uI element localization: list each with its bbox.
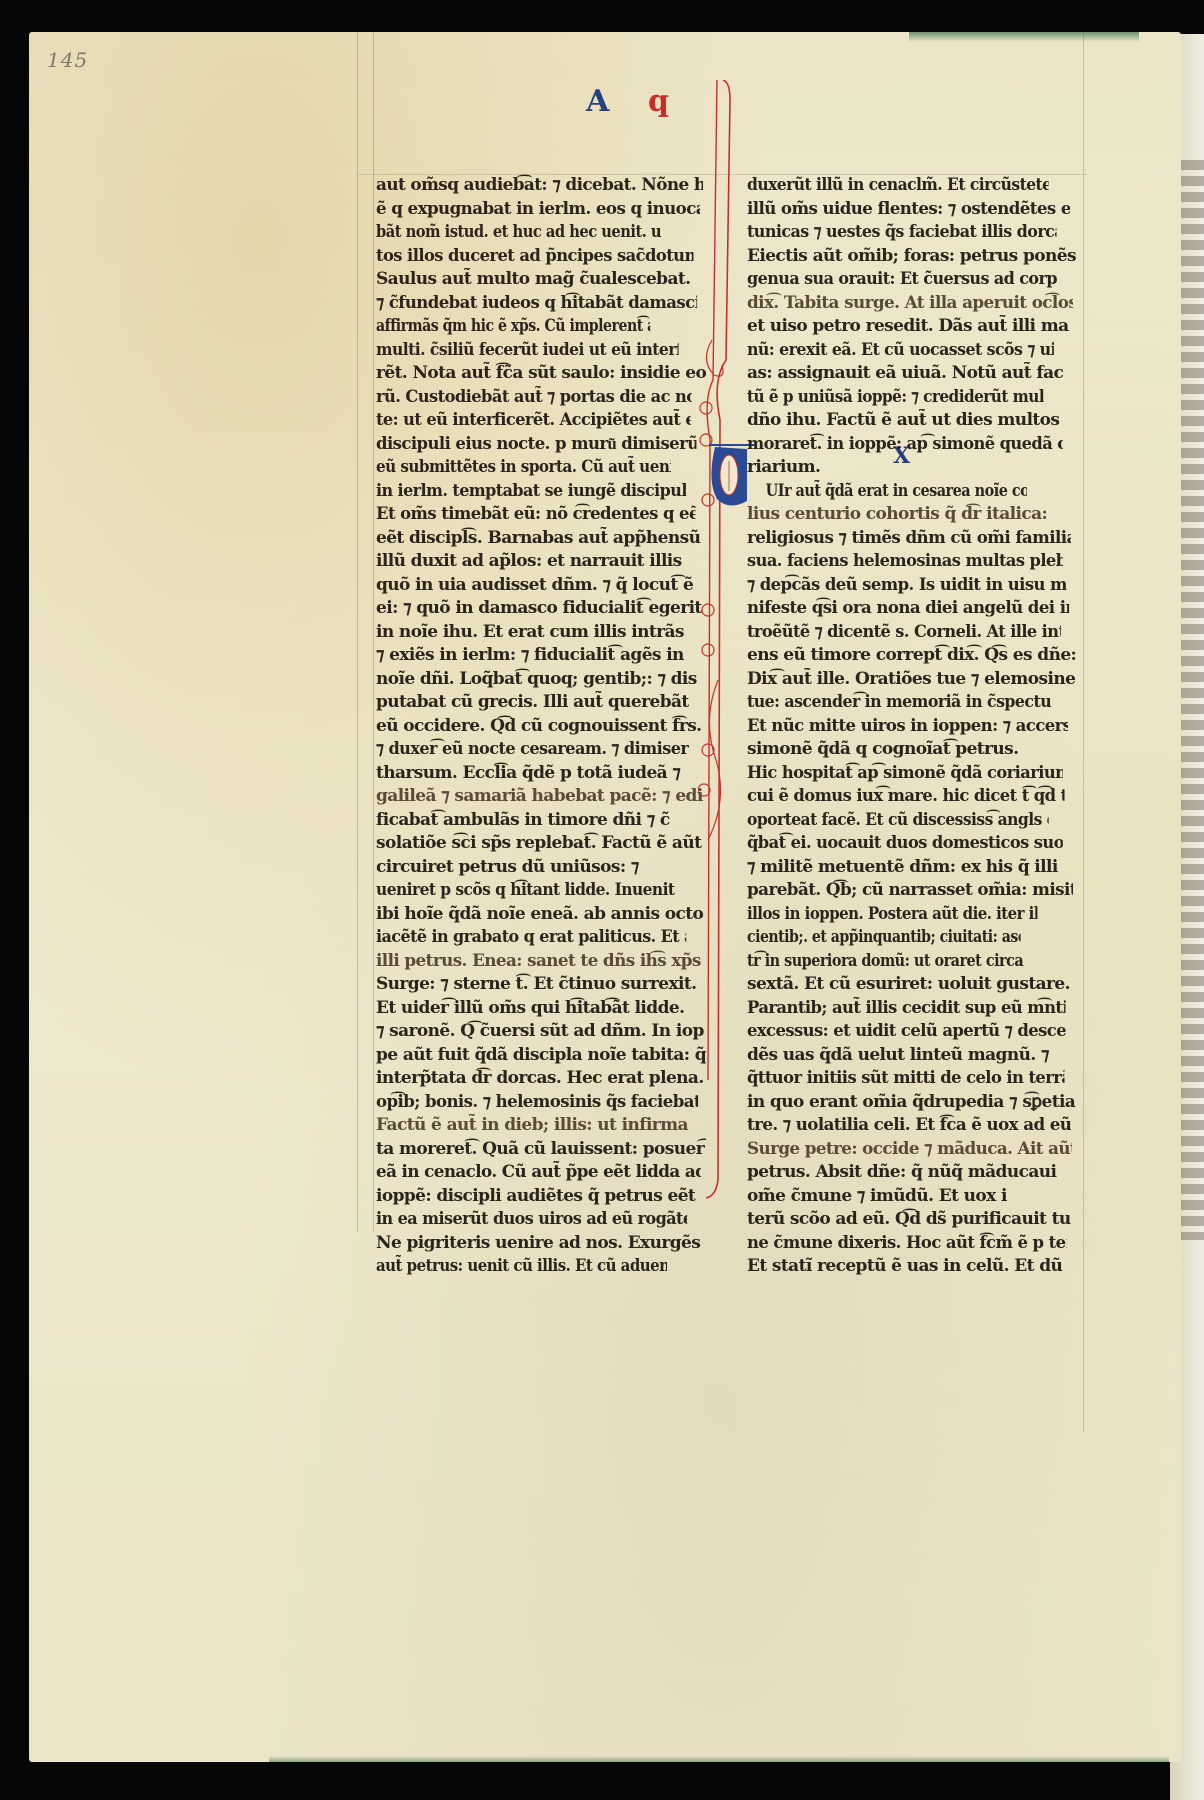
text-line: op͡ib; bonis. ⁊ helemosinis q̃s faciebat… (376, 1091, 698, 1115)
text-line: Et uider͡ illũ om̃s qui h͡itab͡ãt lidde. (376, 997, 706, 1021)
text-line: ueniret p scõs q h͡itant lidde. Inuenit … (376, 879, 676, 903)
text-line: ⁊ c̃fundebat iudeos q h͡itabãt damasci: (376, 292, 697, 316)
text-line: tr͡ in superiora domũ: ut oraret circa h… (747, 950, 1026, 974)
text-line: eã in cenaclo. Cũ aut̃ p̃pe eẽt lidda ad (376, 1161, 701, 1185)
text-line: rũ. Custodiebãt aut̃ ⁊ portas die ac noc (376, 386, 692, 410)
text-line: eũ occidere. Q͡d cũ cognouissent f͡rs. (376, 715, 706, 739)
text-line: oporteat facẽ. Et cũ discessiss͡ angls q… (747, 809, 1049, 833)
text-line: illos in ioppen. Postera aũt die. iter i… (747, 903, 1037, 927)
text-line: putabat cũ grecis. Illi aut̃ querebãt (376, 691, 706, 715)
text-line: sua. faciens helemosinas multas plebi. (747, 550, 1063, 574)
text-line: Eiectis aũt om̃ib; foras: petrus ponẽs (747, 245, 1077, 269)
text-line: ens eũ timore corrept͡ dix͡. Q͡s es dñe: (747, 644, 1077, 668)
text-line: ⁊ exiẽs in ierlm: ⁊ fiducialit͡ agẽs in (376, 644, 706, 668)
text-line: UIr aut̃ q̃dã erat in cesarea noĩe corne (747, 480, 1027, 504)
ruling-line-left-outer (357, 32, 358, 1232)
text-line: ioppẽ: discipli audiẽtes q̃ petrus eẽt (376, 1185, 706, 1209)
text-line: illũ om̃s uidue flentes: ⁊ ostendẽtes ei (747, 198, 1070, 222)
text-line: tos illos duceret ad p̃ncipes sac̃dotum. (376, 245, 693, 269)
text-line: Saulus aut̃ multo mag̃ c̃ualescebat. (376, 268, 706, 292)
text-line: cui ẽ domus iux͡ mare. hic dicet t͡ q͡d … (747, 785, 1064, 809)
text-line: in ierlm. temptabat se iungẽ discipulis. (376, 480, 686, 504)
text-line: cientib;. et app̃inquantib; ciuitati: as… (747, 926, 1021, 950)
text-line: noĩe dñi. Loq̃bat͡ quoq; gentib;: ⁊ dis (376, 668, 706, 692)
text-line: illũ duxit ad ap̃los: et narrauit illis (376, 550, 706, 574)
text-line: discipuli eius nocte. p muru͂ dimiserũt (376, 433, 696, 457)
text-line: ⁊ duxer͡ eũ nocte cesaream. ⁊ dimiserũt (376, 738, 689, 762)
text-line: Hic hospitat͡ ap͡ simonẽ q̃dã coriarium. (747, 762, 1063, 786)
text-line: pe aũt fuit q̃dã discipla noĩe tabita: q… (376, 1044, 706, 1068)
text-line: nifeste q͡si ora nona diei angelũ dei in (747, 597, 1069, 621)
text-line: terũ scõo ad eũ. Q͡d ds̃ purificauit tu (747, 1208, 1077, 1232)
running-head-blue-letter: A (586, 84, 609, 119)
text-line: multi. c̃siliũ fecerũt iudei ut eũ inter… (376, 339, 679, 363)
text-line: bãt nom̃ istud. et huc ad hec uenit. ut … (376, 221, 661, 245)
text-line: rẽt. Nota aut̃ f͡c̃a sũt saulo: insidie … (376, 362, 706, 386)
text-line: interp̃tata d͡r dorcas. Hec erat plena. (376, 1067, 706, 1091)
text-line: ⁊ dep͡cãs deũ semp. Is uidit in uisu ma (747, 574, 1066, 598)
text-line: Factũ ẽ aut̃ in dieb; illis: ut infirma (376, 1114, 706, 1138)
text-line: Surge: ⁊ sterne t͡. Et c̃tinuo surrexit. (376, 973, 706, 997)
text-line: quõ in uia audisset dñm. ⁊ q̃ locut͡ ẽ (376, 574, 706, 598)
text-line: solatiõe s͡ci sp̃s replebat͡. Factũ ẽ aũ… (376, 832, 706, 856)
text-line: q̃bat͡ ei. uocauit duos domesticos suos. (747, 832, 1063, 856)
text-line: galileã ⁊ samariã habebat pacẽ: ⁊ edi (376, 785, 706, 809)
green-stain-bottom (269, 1756, 1169, 1762)
text-line: Et statĩ receptũ ẽ uas in celũ. Et dũ (747, 1255, 1077, 1279)
text-line: q̃ttuor initiis sũt mitti de celo in ter… (747, 1067, 1064, 1091)
text-line: aut om̃sq audieb͡at: ⁊ dicebat. Nõne h (376, 174, 703, 198)
text-line: eẽt discipl͡s. Barnabas aut̃ app̃hensũ (376, 527, 706, 551)
text-line: Dix͡ aut̃ ille. Oratiões tue ⁊ elemosine (747, 668, 1077, 692)
text-line: simonẽ q̃dã q cognoĩat͡ petrus. (747, 738, 1077, 762)
text-line: eũ submittẽtes in sporta. Cũ aut̃ ueniss… (376, 456, 671, 480)
text-column-left: aut om̃sq audieb͡at: ⁊ dicebat. Nõne h ẽ… (376, 174, 706, 1279)
text-line: dño ihu. Factũ ẽ aut̃ ut dies multos (747, 409, 1077, 433)
text-line: Et nũc mitte uiros in ioppen: ⁊ accersi (747, 715, 1068, 739)
text-line: tũ ẽ p uniũsã ioppẽ: ⁊ crediderũt multi … (747, 386, 1044, 410)
text-line: ei: ⁊ quõ in damasco fiducialit͡ egerit (376, 597, 706, 621)
text-line: tue: ascender͡ in memoriã in c̃spectu di… (747, 691, 1054, 715)
text-line: et uiso petro resedit. Dãs aut̃ illi ma (747, 315, 1077, 339)
text-line: tunicas ⁊ uestes q̃s faciebat illis dorc… (747, 221, 1057, 245)
text-line: ficabat͡ ambulãs in timore dñi ⁊ c̃ (376, 809, 706, 833)
text-line: riarium. (747, 456, 1077, 480)
text-line: ibi hoĩe q̃dã noĩe eneã. ab annis octo (376, 903, 706, 927)
ruling-line-right (1083, 32, 1084, 1432)
text-line: ne c̃mune dixeris. Hoc aũt f͡cm̃ ẽ p ter… (747, 1232, 1066, 1256)
text-line: ⁊ saronẽ. Q͡ c̃uersi sũt ad dñm. In iop (376, 1020, 706, 1044)
text-line: ẽ q expugnabat in ierlm. eos q inuoca (376, 198, 700, 222)
text-line: parebãt. Q͡b; cũ narrasset om̃ia: misit (747, 879, 1073, 903)
text-line: nũ: erexit eã. Et cũ uocasset scõs ⁊ uid… (747, 339, 1054, 363)
text-line: in ea miserũt duos uiros ad eũ rogãtes. (376, 1208, 687, 1232)
text-line: Parantib; aut̃ illis cecidit sup eũ m͡nt… (747, 997, 1065, 1021)
text-line: aut̃ petrus: uenit cũ illis. Et cũ aduen… (376, 1255, 667, 1279)
text-line: as: assignauit eã uiuã. Notũ aut̃ fac (747, 362, 1077, 386)
text-line: in noĩe ihu. Et erat cum illis intrãs (376, 621, 706, 645)
text-line: religiosus ⁊ timẽs dñm cũ om̃i familia (747, 527, 1071, 551)
text-line: sextã. Et cũ esuriret: uoluit gustare. (747, 973, 1077, 997)
green-stain-top (909, 32, 1139, 42)
text-line: duxerũt illũ in cenaclm̃. Et circũsteter… (747, 174, 1049, 198)
text-line: Ne pigriteris uenire ad nos. Exurgẽs (376, 1232, 706, 1256)
text-line: ta moreret͡. Quã cũ lauissent: posuer͡ (376, 1138, 706, 1162)
running-head-red-letter: q (648, 84, 669, 119)
folio-number: 145 (47, 48, 88, 72)
text-line: affirmãs q̃m hic ẽ xp̃s. Cũ implerent͡ a… (376, 315, 650, 339)
text-line: te: ut eũ interficerẽt. Accipiẽtes aut̃ … (376, 409, 691, 433)
text-line: genua sua orauit: Et c̃uersus ad corpus (747, 268, 1057, 292)
text-line: petrus. Absit dñe: q̃ nũq̃ mãducaui (747, 1161, 1077, 1185)
text-line: tre. ⁊ uolatilia celi. Et f͡ca ẽ uox ad … (747, 1114, 1071, 1138)
text-line: excessus: et uidit celũ apertũ ⁊ descen (747, 1020, 1065, 1044)
text-line: moraret͡. in ioppẽ: ap͡ simonẽ quedã co (747, 433, 1063, 457)
text-line: iacẽtẽ in grabato q erat paliticus. Et a… (376, 926, 686, 950)
text-line: om̃e c̃mune ⁊ imũdũ. Et uox i (747, 1185, 1077, 1209)
text-line: lius centurio cohortis q̃ d͡r italica: (747, 503, 1077, 527)
text-line: Surge petre: occide ⁊ mãduca. Ait aũt (747, 1138, 1072, 1162)
text-line: in quo erant om̃ia q̃drupedia ⁊ s͡ꝑetia (747, 1091, 1077, 1115)
text-line: dẽs uas q̃dã uelut linteũ magnũ. ⁊ (747, 1044, 1077, 1068)
text-line: tharsum. Eccl͡ia q̃dẽ p totã iudeã ⁊ (376, 762, 706, 786)
text-line: ⁊ militẽ metuentẽ dñm: ex his q̃ illi (747, 856, 1077, 880)
text-line: circuiret petrus dũ uniũsos: ⁊ (376, 856, 706, 880)
text-line: troẽũtẽ ⁊ dicentẽ s. Corneli. At ille in… (747, 621, 1061, 645)
text-column-right: duxerũt illũ in cenaclm̃. Et circũsteter… (747, 174, 1077, 1279)
ruling-line-left-inner (373, 32, 374, 1232)
text-line: illi petrus. Enea: sanet te dñs ih͡s xp̃… (376, 950, 702, 974)
text-line: dix͡. Tabita surge. At illa aperuit oc͡l… (747, 292, 1073, 316)
text-line: Et om̃s timebãt eũ: nõ c͡redentes q eẽt (376, 503, 695, 527)
